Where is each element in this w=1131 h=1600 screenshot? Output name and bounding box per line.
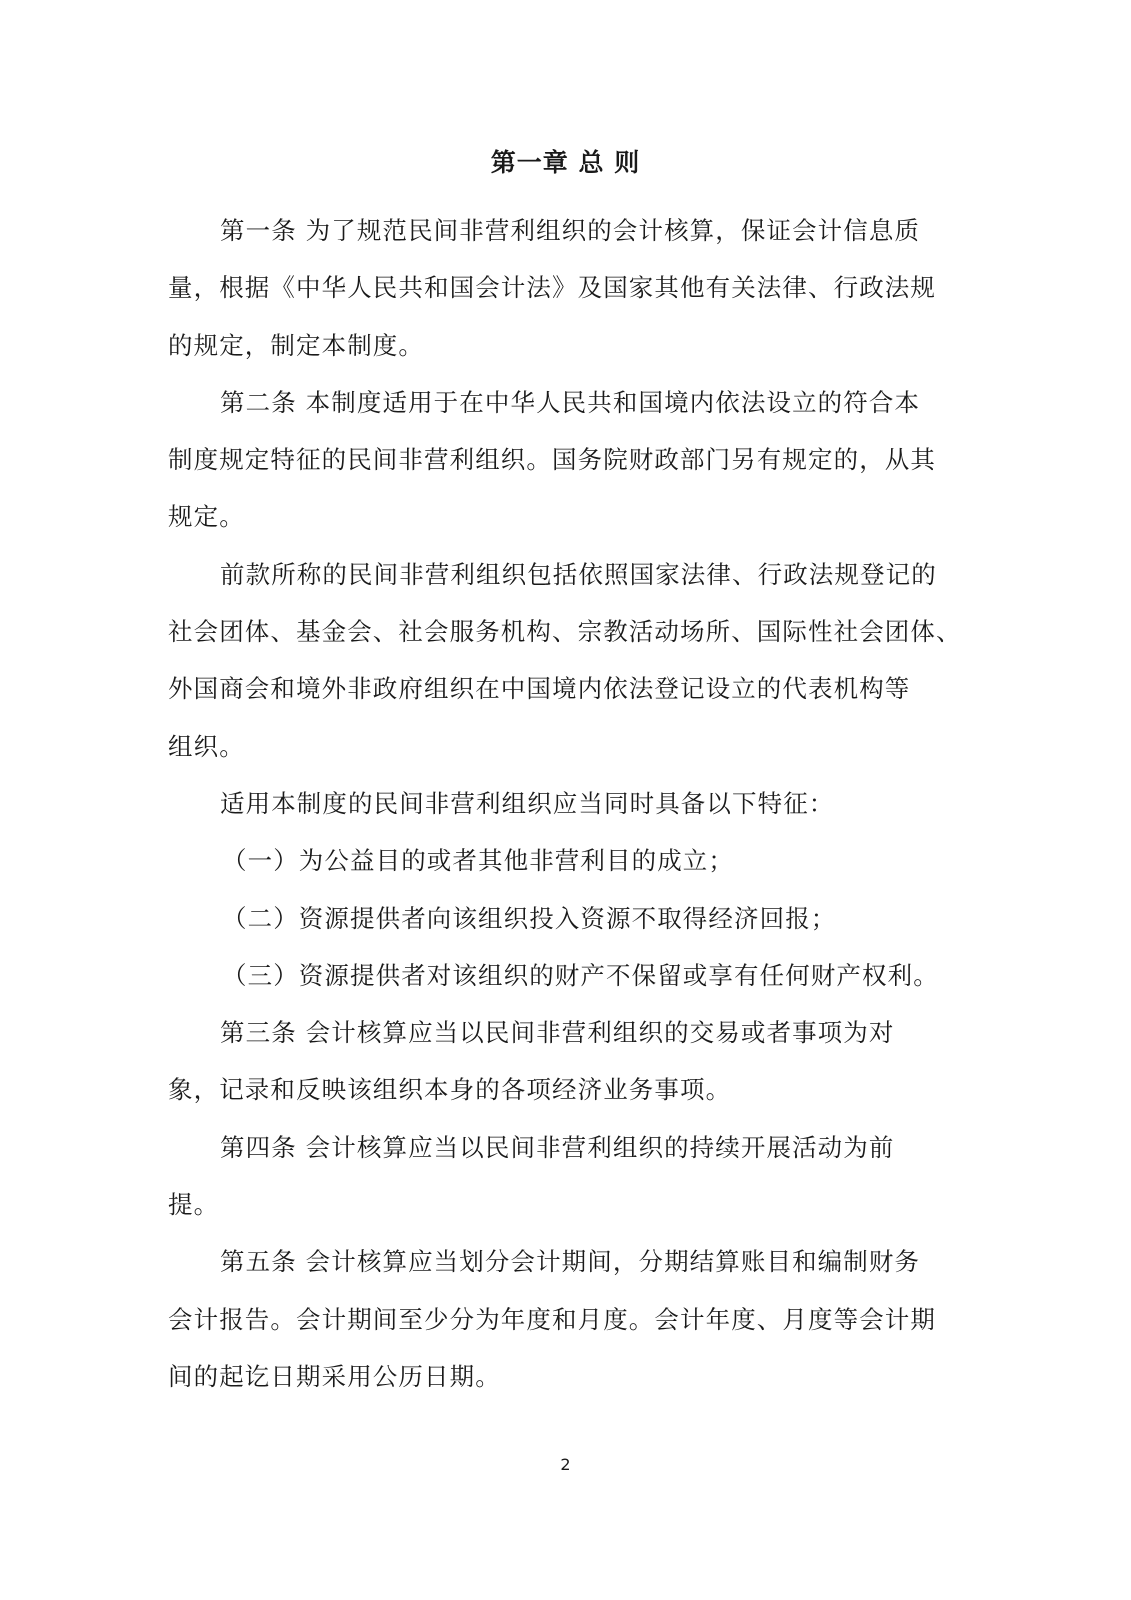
chapter-title: 第一章 总 则 (0, 143, 1131, 179)
text-line: 间的起讫日期采用公历日期。 (168, 1348, 942, 1405)
text-line: 提。 (168, 1176, 942, 1233)
text-line: 第一条 为了规范民间非营利组织的会计核算，保证会计信息质 (168, 202, 942, 259)
text-line: 规定。 (168, 488, 942, 545)
text-line: 适用本制度的民间非营利组织应当同时具备以下特征： (168, 775, 942, 832)
text-line: 的规定，制定本制度。 (168, 317, 942, 374)
text-line: 第五条 会计核算应当划分会计期间，分期结算账目和编制财务 (168, 1233, 942, 1290)
list-item: （三）资源提供者对该组织的财产不保留或享有任何财产权利。 (168, 947, 942, 1004)
text-line: 组织。 (168, 718, 942, 775)
text-line: 前款所称的民间非营利组织包括依照国家法律、行政法规登记的 (168, 546, 942, 603)
text-line: 第四条 会计核算应当以民间非营利组织的持续开展活动为前 (168, 1119, 942, 1176)
text-line: 量，根据《中华人民共和国会计法》及国家其他有关法律、行政法规 (168, 259, 942, 316)
text-line: 第三条 会计核算应当以民间非营利组织的交易或者事项为对 (168, 1004, 942, 1061)
text-line: 制度规定特征的民间非营利组织。国务院财政部门另有规定的，从其 (168, 431, 942, 488)
list-item: （二）资源提供者向该组织投入资源不取得经济回报； (168, 890, 942, 947)
text-line: 社会团体、基金会、社会服务机构、宗教活动场所、国际性社会团体、 (168, 603, 942, 660)
text-line: 会计报告。会计期间至少分为年度和月度。会计年度、月度等会计期 (168, 1291, 942, 1348)
text-line: 外国商会和境外非政府组织在中国境内依法登记设立的代表机构等 (168, 660, 942, 717)
page-number: 2 (0, 1455, 1131, 1474)
document-page: 第一章 总 则 第一条 为了规范民间非营利组织的会计核算，保证会计信息质 量，根… (0, 0, 1131, 1600)
text-line: 第二条 本制度适用于在中华人民共和国境内依法设立的符合本 (168, 374, 942, 431)
document-body: 第一条 为了规范民间非营利组织的会计核算，保证会计信息质 量，根据《中华人民共和… (168, 202, 942, 1405)
list-item: （一）为公益目的或者其他非营利目的成立； (168, 832, 942, 889)
text-line: 象，记录和反映该组织本身的各项经济业务事项。 (168, 1061, 942, 1118)
